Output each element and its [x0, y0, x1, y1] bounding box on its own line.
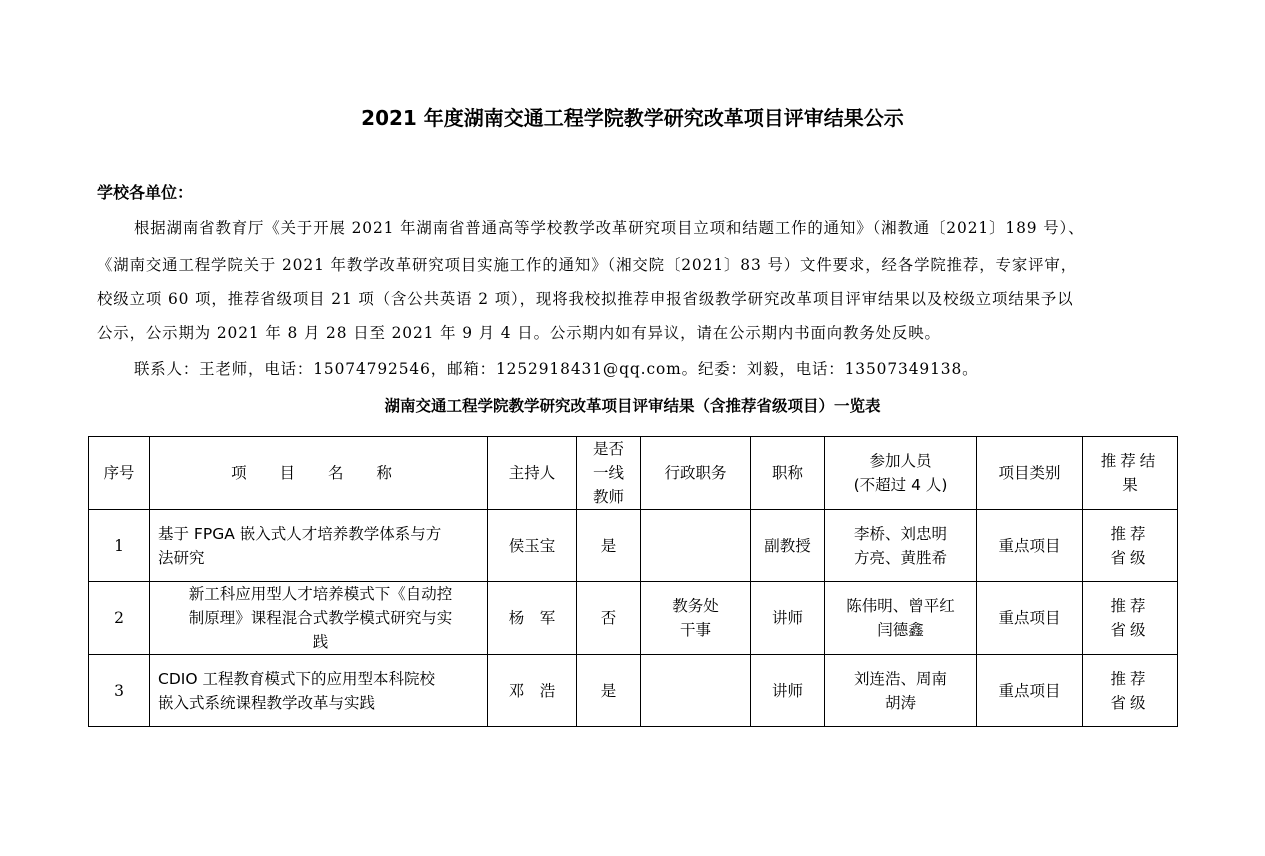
header-result-line-1: 推荐结: [1087, 449, 1173, 473]
project-name-line-1: 新工科应用型人才培养模式下《自动控: [158, 582, 483, 606]
contact-line: 联系人：王老师，电话：15074792546，邮箱：1252918431@qq.…: [134, 358, 978, 380]
paragraph-line-2: 《湖南交通工程学院关于 2021 年教学改革研究项目实施工作的通知》（湘交院〔2…: [97, 254, 1077, 276]
cell-result: 推荐 省级: [1083, 655, 1178, 727]
cell-project-name: 新工科应用型人才培养模式下《自动控 制原理》课程混合式教学模式研究与实 践: [150, 582, 488, 655]
cell-host: 邓 浩: [488, 655, 577, 727]
table-header-row: 序号 项 目 名 称 主持人 是否 一线 教师 行政职务 职称 参加人员 (不超…: [89, 437, 1178, 510]
results-table: 序号 项 目 名 称 主持人 是否 一线 教师 行政职务 职称 参加人员 (不超…: [88, 436, 1178, 727]
cell-title: 讲师: [751, 582, 825, 655]
cell-members: 刘连浩、周南 胡涛: [825, 655, 977, 727]
table-row: 3 CDIO 工程教育模式下的应用型本科院校 嵌入式系统课程教学改革与实践 邓 …: [89, 655, 1178, 727]
project-name-line-2: 制原理》课程混合式教学模式研究与实: [158, 606, 483, 630]
result-line-1: 推荐: [1087, 667, 1173, 691]
cell-members: 李桥、刘忠明 方亮、黄胜希: [825, 510, 977, 582]
header-frontline-line-1: 是否: [581, 437, 636, 461]
header-admin-post: 行政职务: [641, 437, 751, 510]
header-frontline-teacher: 是否 一线 教师: [577, 437, 641, 510]
project-name-line-1: 基于 FPGA 嵌入式人才培养教学体系与方: [158, 522, 483, 546]
members-line-2: 闫德鑫: [829, 618, 972, 642]
paragraph-line-4: 公示，公示期为 2021 年 8 月 28 日至 2021 年 9 月 4 日。…: [97, 322, 941, 344]
paragraph-line-3: 校级立项 60 项，推荐省级项目 21 项（含公共英语 2 项），现将我校拟推荐…: [97, 288, 1074, 310]
table-title: 湖南交通工程学院教学研究改革项目评审结果（含推荐省级项目）一览表: [0, 395, 1265, 417]
project-name-line-2: 法研究: [158, 546, 483, 570]
cell-members: 陈伟明、曾平红 闫德鑫: [825, 582, 977, 655]
header-result: 推荐结 果: [1083, 437, 1178, 510]
table-row: 2 新工科应用型人才培养模式下《自动控 制原理》课程混合式教学模式研究与实 践 …: [89, 582, 1178, 655]
cell-admin-post: [641, 510, 751, 582]
members-line-2: 方亮、黄胜希: [829, 546, 972, 570]
result-line-2: 省级: [1087, 618, 1173, 642]
header-project-name-label: 项 目 名 称: [231, 464, 406, 482]
cell-result: 推荐 省级: [1083, 510, 1178, 582]
header-members-line-2: (不超过 4 人): [829, 473, 972, 497]
cell-admin-post: [641, 655, 751, 727]
result-line-2: 省级: [1087, 691, 1173, 715]
cell-project-name: 基于 FPGA 嵌入式人才培养教学体系与方 法研究: [150, 510, 488, 582]
paragraph-line-1: 根据湖南省教育厅《关于开展 2021 年湖南省普通高等学校教学改革研究项目立项和…: [134, 217, 1084, 239]
cell-host: 杨 军: [488, 582, 577, 655]
header-members: 参加人员 (不超过 4 人): [825, 437, 977, 510]
cell-category: 重点项目: [977, 582, 1083, 655]
cell-category: 重点项目: [977, 655, 1083, 727]
table-row: 1 基于 FPGA 嵌入式人才培养教学体系与方 法研究 侯玉宝 是 副教授 李桥…: [89, 510, 1178, 582]
document-title: 2021 年度湖南交通工程学院教学研究改革项目评审结果公示: [0, 104, 1265, 132]
cell-frontline: 是: [577, 510, 641, 582]
members-line-1: 李桥、刘忠明: [829, 522, 972, 546]
cell-seq: 3: [89, 655, 150, 727]
project-name-line-2: 嵌入式系统课程教学改革与实践: [158, 691, 483, 715]
header-members-line-1: 参加人员: [829, 449, 972, 473]
cell-title: 副教授: [751, 510, 825, 582]
header-title: 职称: [751, 437, 825, 510]
header-project-name: 项 目 名 称: [150, 437, 488, 510]
salutation: 学校各单位：: [97, 182, 193, 204]
cell-frontline: 否: [577, 582, 641, 655]
result-line-1: 推荐: [1087, 594, 1173, 618]
result-line-1: 推荐: [1087, 522, 1173, 546]
project-name-line-1: CDIO 工程教育模式下的应用型本科院校: [158, 667, 483, 691]
members-line-1: 陈伟明、曾平红: [829, 594, 972, 618]
cell-seq: 2: [89, 582, 150, 655]
header-host: 主持人: [488, 437, 577, 510]
admin-post-line-1: 教务处: [645, 594, 746, 618]
header-frontline-line-2: 一线: [581, 461, 636, 485]
cell-title: 讲师: [751, 655, 825, 727]
header-result-line-2: 果: [1087, 473, 1173, 497]
cell-admin-post: 教务处 干事: [641, 582, 751, 655]
result-line-2: 省级: [1087, 546, 1173, 570]
cell-category: 重点项目: [977, 510, 1083, 582]
project-name-line-3: 践: [158, 630, 483, 654]
header-category: 项目类别: [977, 437, 1083, 510]
admin-post-line-2: 干事: [645, 618, 746, 642]
cell-seq: 1: [89, 510, 150, 582]
header-seq: 序号: [89, 437, 150, 510]
header-frontline-line-3: 教师: [581, 485, 636, 509]
cell-frontline: 是: [577, 655, 641, 727]
members-line-2: 胡涛: [829, 691, 972, 715]
cell-project-name: CDIO 工程教育模式下的应用型本科院校 嵌入式系统课程教学改革与实践: [150, 655, 488, 727]
cell-host: 侯玉宝: [488, 510, 577, 582]
cell-result: 推荐 省级: [1083, 582, 1178, 655]
members-line-1: 刘连浩、周南: [829, 667, 972, 691]
